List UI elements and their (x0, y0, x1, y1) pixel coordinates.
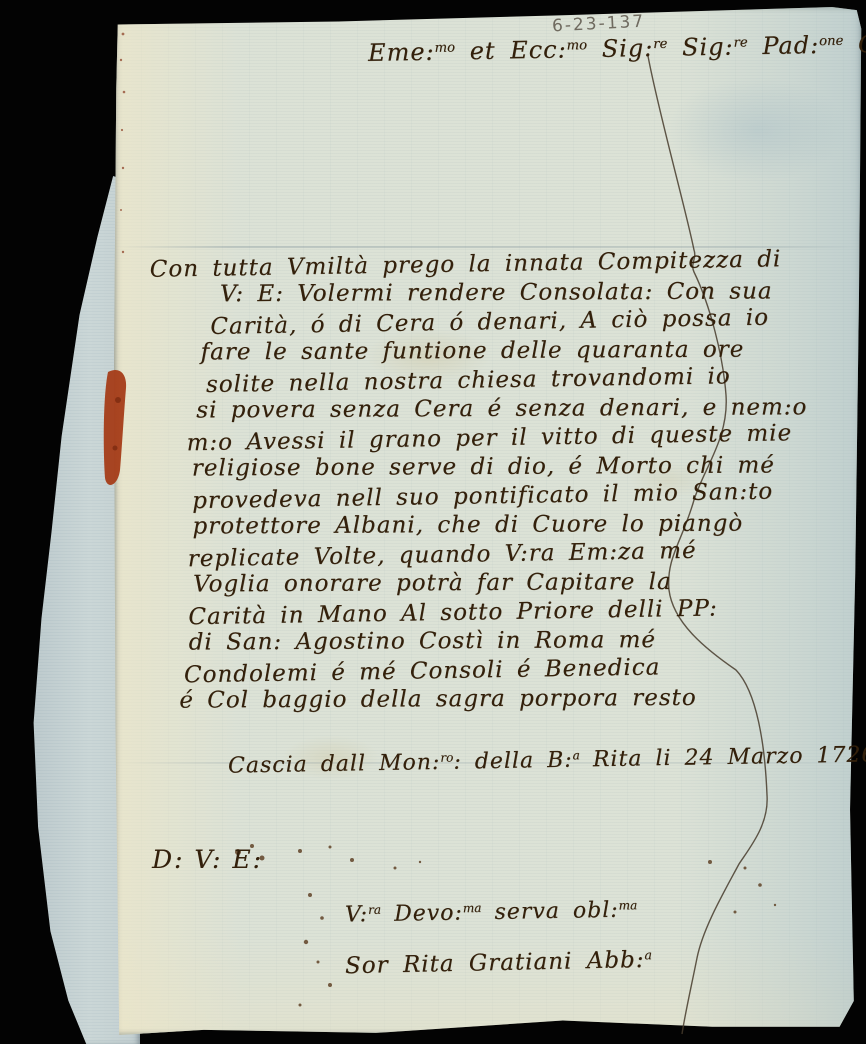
dateline-part: Rita li 24 Marzo 1726 (580, 742, 866, 772)
salutation-superscript: re (653, 37, 667, 52)
signature-part: serva obl: (481, 898, 619, 925)
salutation-superscript: re (733, 35, 747, 50)
salutation-superscript: mo (434, 40, 455, 55)
salutation-part: Col: (843, 29, 866, 58)
signature-role-line: V:ra Devo:ma serva obl:ma (345, 897, 638, 927)
salutation-part: Sig: (587, 34, 654, 63)
signature-superscript: ma (618, 898, 637, 912)
signature-part: Devo: (381, 900, 463, 926)
dateline-part: Cascia dall Mon: (228, 750, 441, 779)
salutation-part: Sig: (667, 33, 734, 62)
signature-superscript: ma (463, 901, 482, 915)
salutation-superscript: one (819, 34, 844, 49)
dateline-superscript: ro (440, 750, 453, 764)
signature-superscript: a (644, 947, 652, 962)
body-line: é Col baggio della sagra porpora resto (179, 683, 844, 715)
dateline-part: : della B: (453, 748, 573, 775)
salutation-part: Eme: (368, 38, 435, 67)
salutation-part: et Ecc: (455, 35, 567, 65)
salutation-part: Pad: (747, 31, 819, 60)
scanned-letter-page: 6-23-137 Eme:mo et Ecc:mo Sig:re Sig:re … (0, 0, 866, 1044)
signature-superscript: ra (368, 903, 381, 917)
valediction: D: V: E: (152, 845, 263, 874)
signature-part: V: (345, 902, 369, 927)
salutation-superscript: mo (566, 38, 587, 53)
letter-body: Con tutta Vmiltà prego la innata Compite… (150, 246, 845, 717)
